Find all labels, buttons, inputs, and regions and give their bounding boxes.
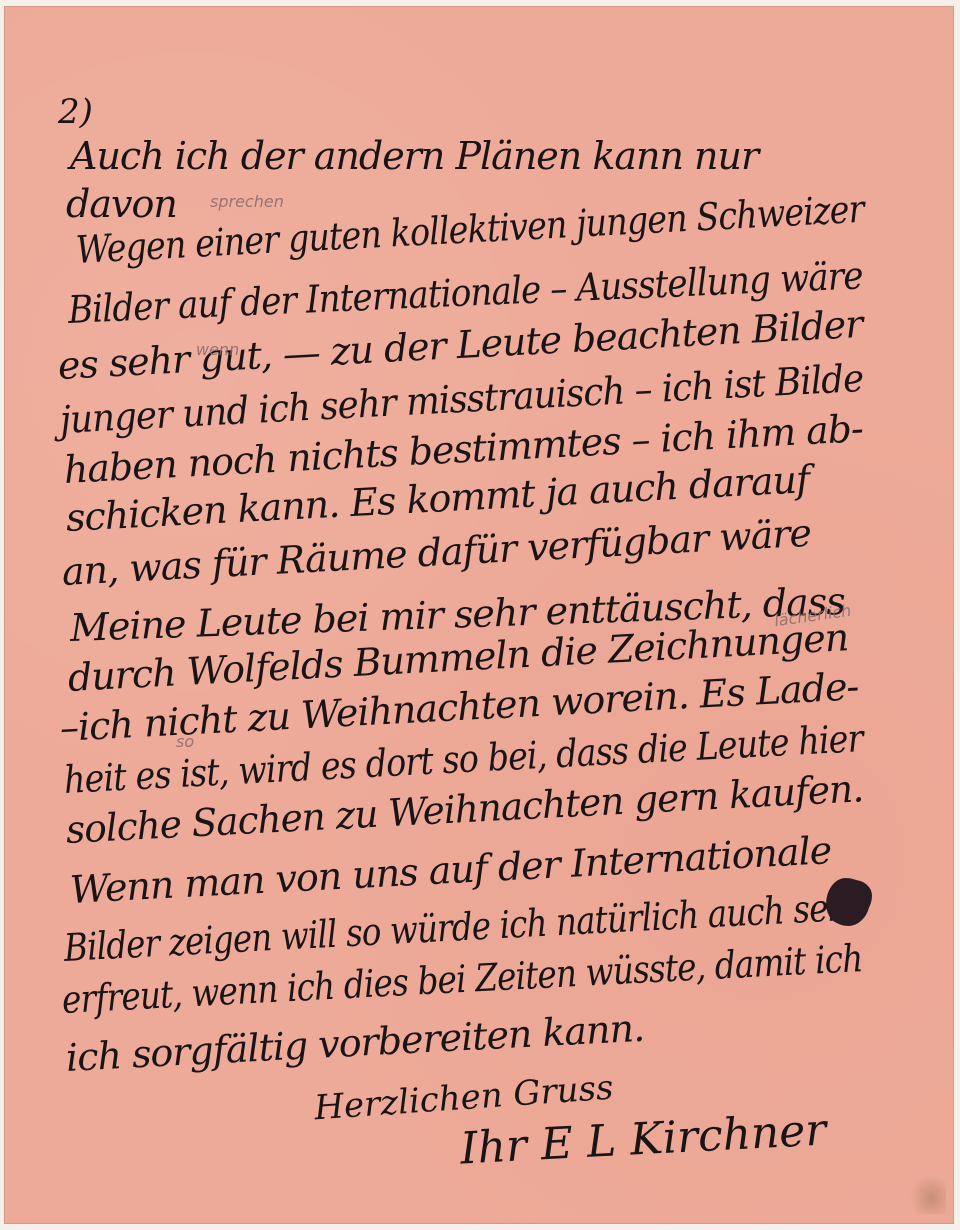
letter-line-2: davon <box>66 182 177 226</box>
pencil-note-sprechen: sprechen <box>210 192 284 211</box>
pencil-note-so: so <box>176 732 194 751</box>
signature: Ihr E L Kirchner <box>459 1104 828 1174</box>
page-number: 2) <box>58 92 93 132</box>
letter-line-1: Auch ich der andern Plänen kann nur <box>70 134 758 178</box>
letter-sheet: 2) Auch ich der andern Plänen kann nur d… <box>4 6 954 1224</box>
pencil-note-wenn: wenn <box>196 340 239 359</box>
ink-blot <box>826 878 870 926</box>
corner-stain <box>910 1174 946 1214</box>
